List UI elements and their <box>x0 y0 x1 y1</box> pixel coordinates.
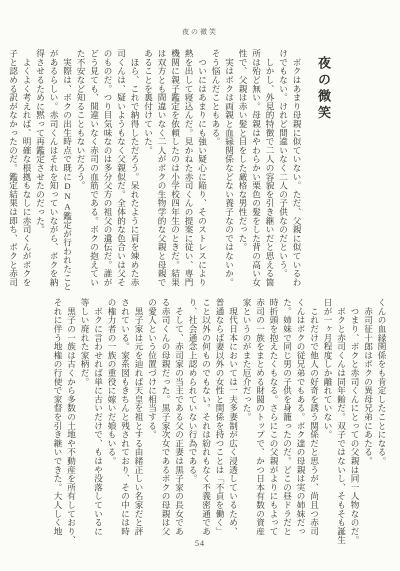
section-title: 夜の微笑 <box>314 49 333 296</box>
text-line: 所は殆ど無い。母親はやわらかい栗色の髪をした背の高い女 <box>249 49 263 296</box>
text-line: 性で、父親は赤い髪と目をした厳格な男性だった。 <box>236 49 250 296</box>
text-line: ほら、これで納得しただろう。呆れたように肩を竦めた赤 <box>128 49 142 296</box>
text-line: た。姉妹で同じ男の子供を身籠ったのだ。どこの昼ドラだと <box>280 298 294 545</box>
text-line: ボクと赤司くんは同年齢だ。双子ではないし、そもそも誕生 <box>334 298 348 545</box>
text-line: そして、赤司家の当主である父の正妻は黒子家の長女であ <box>172 298 186 545</box>
book-page: 夜の微笑 夜の微笑 ボクはあまり母親に似ていない。ただ、父親に似ているわけでもな… <box>0 0 400 571</box>
text-line: 得させるために黙って再鑑定させたのだった。 <box>33 49 47 296</box>
text-line: 機関に親子鑑定を依頼したのは小学校四年生のときだ。結果 <box>168 49 182 296</box>
text-line: けでもない。けれど間違いなく二人の子供なのだという。 <box>276 49 290 296</box>
top-text-block: 夜の微笑 ボクはあまり母親に似ていない。ただ、父親に似ているわけでもない。けれど… <box>6 49 340 296</box>
text-line: よくよく考えれば、明確な根拠もなしに赤司くんがボクを <box>20 49 34 296</box>
text-line: 実はボクは両親と血縁関係などない養子なのではないか。 <box>222 49 236 296</box>
text-line: 等しい廃れた家柄だ。 <box>78 298 92 545</box>
text-line: これだけで他人の好奇を誘う関係だと思うが、尚且つ赤司 <box>307 298 321 545</box>
text-line: があるらしい。赤司くんはそれを知っていながら、ボクを納 <box>47 49 61 296</box>
text-line: あることを裏付けていた。 <box>141 49 155 296</box>
text-line: ボクに言わせれば単に古いだけで、もはや没落しているに <box>91 298 105 545</box>
text-line: のものだ。つり目気味なのは多分父方の祖父の遺伝だ。誰が <box>101 49 115 296</box>
top-text-lines: ボクはあまり母親に似ていない。ただ、父親に似ているわけでもない。けれど間違いなく… <box>6 49 303 296</box>
text-line: 普通ならば妻以外の女性と関係を持つことは「不貞を働く」 <box>213 298 227 545</box>
text-line: それに伴う地権の行使で家督を引き継いできた。大人しく地 <box>51 298 65 545</box>
text-line: 現代日本においては一夫多妻制が広く浸透しているため、 <box>226 298 240 545</box>
text-line: されている。家系図もきちんと残されており、その中には時 <box>118 298 132 545</box>
text-line: 時折頭を抱えたくもなる。さらにこの父親がよりにもよって <box>267 298 281 545</box>
text-line: 子と認める訳がなかったのだ。鑑定結果は即ち、ボクと赤司 <box>6 49 20 296</box>
text-line: しかし、外見的特徴で二人の容貌を引き継いだと思える箇 <box>263 49 277 296</box>
text-line: そう悩んだこともある。 <box>209 49 223 296</box>
text-line: 熱を出して寝込んだ。見かねた赤司くんの提案に従い、専門 <box>182 49 196 296</box>
text-line: 司くんは、疑いようもなく父親似だ。全体的な色合いは父そ <box>114 49 128 296</box>
bottom-text-lines: くんの血縁関係をも肯定したことになる。 赤司征十郎はボクの異母兄弟にあたる。 つ… <box>51 298 389 545</box>
text-line: は双方とも間違いなく二人がボクの生物学的な父親と母親で <box>155 49 169 296</box>
text-line: 家というのがまた厄介だった。 <box>240 298 254 545</box>
text-line: どう見ても、間違いなく赤司の血筋である。ボクの抱えてい <box>87 49 101 296</box>
text-line: の愛人という位置づけに相当する。 <box>145 298 159 545</box>
text-line: の権力者の一族の重役に嫁いだ娘もいる。 <box>105 298 119 545</box>
text-line: くんはボクの従兄弟でもある。ボク達の母親は実の姉妹だっ <box>294 298 308 545</box>
text-line: る赤司くんの母親だった。黒子家次女であるボクの母親は父 <box>159 298 173 545</box>
text-line: り、社会通念上認められていない行為である。 <box>186 298 200 545</box>
text-line: つまり、ボクと赤司くんにとっての父親は同一人物なのだ。 <box>348 298 362 545</box>
text-line: 赤司の一族をまとめる財閥のトップで、かつ日本有数の資産 <box>253 298 267 545</box>
text-line: 日が一ヶ月程度しか離れていない。 <box>321 298 335 545</box>
text-line: 赤司征十郎はボクの異母兄弟にあたる。 <box>361 298 375 545</box>
text-line: 黒子の一族は古くから多数の土地や不動産を所有しており、 <box>64 298 78 545</box>
text-line: くんの血縁関係をも肯定したことになる。 <box>375 298 389 545</box>
text-line: た不安など知ることもないだろう。 <box>74 49 88 296</box>
text-line: ボクはあまり母親に似ていない。ただ、父親に似ているわ <box>290 49 304 296</box>
text-line: こと以外の何ものでもない。それは紛れもなく不義密通であ <box>199 298 213 545</box>
running-head: 夜の微笑 <box>0 27 400 37</box>
bottom-text-block: くんの血縁関係をも肯定したことになる。 赤司征十郎はボクの異母兄弟にあたる。 つ… <box>51 298 389 545</box>
page-number: 54 <box>0 539 400 548</box>
text-line: 黒子家は元を辿れば天皇を祖とする由緒正しい名家だと評 <box>132 298 146 545</box>
text-line: 実際は、ボクの出生時点で既にDNA鑑定が行われたこと <box>60 49 74 296</box>
text-line: ついにはあまりにも強い疑心に陥り、そのストレスにより <box>195 49 209 296</box>
